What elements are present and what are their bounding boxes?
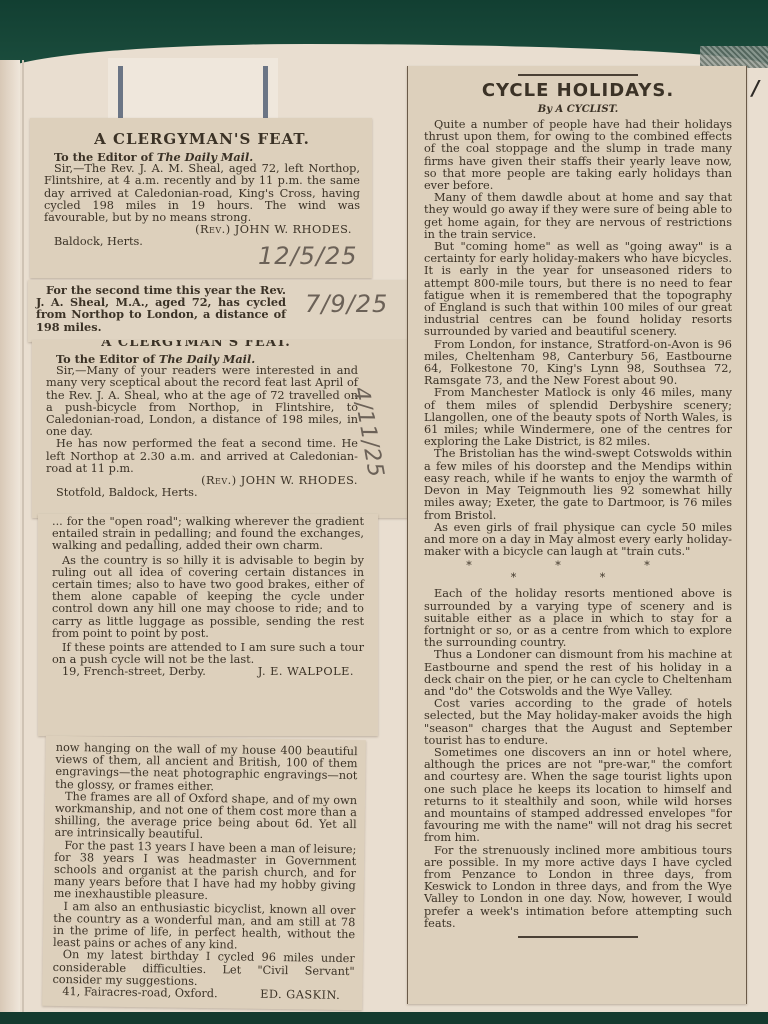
letter-paragraph: He has now performed the feat a second t… (46, 438, 358, 475)
section-separator: * * * * * (424, 560, 732, 584)
article-paragraph: The Bristolian has the wind-swept Cotswo… (424, 448, 732, 521)
article-paragraph: Cost varies according to the grade of ho… (424, 698, 732, 747)
article-paragraph: Many of them dawdle about at home and sa… (424, 192, 732, 241)
signature: (Rev.) JOHN W. RHODES. (201, 475, 358, 487)
article-paragraph: But "coming home" as well as "going away… (424, 241, 732, 339)
clipping-heading: A CLERGYMAN'S FEAT. (44, 130, 360, 148)
address: 41, Fairacres-road, Oxford. (62, 986, 217, 1000)
signature: ED. GASKIN. (260, 989, 340, 1002)
gutter-line (22, 60, 24, 1015)
clipping-heading: A CLERGYMAN'S FEAT. (46, 340, 346, 350)
letter-paragraph: ... for the "open road"; walking whereve… (52, 516, 364, 553)
article-paragraph: Sometimes one discovers an inn or hotel … (424, 747, 732, 845)
letter-paragraph: Sir,—Many of your readers were intereste… (46, 365, 358, 438)
article-paragraph: As even girls of frail physique can cycl… (424, 522, 732, 559)
address: 19, French-street, Derby. (62, 666, 206, 678)
letter-paragraph: On my latest birthday I cycled 96 miles … (52, 949, 354, 990)
article-paragraph: Thus a Londoner can dismount from his ma… (424, 649, 732, 698)
end-rule (518, 936, 638, 938)
article-paragraph: Quite a number of people have had their … (424, 119, 732, 192)
signature: (Rev.) JOHN W. RHODES. (195, 224, 352, 236)
letter-paragraph: As the country is so hilly it is advisab… (52, 555, 364, 640)
article-byline: By A CYCLIST. (424, 104, 732, 115)
page-marker: / (752, 76, 760, 100)
article-paragraph: For the strenuously inclined more ambiti… (424, 845, 732, 930)
letter-paragraph: For the past 13 years I have been a man … (54, 840, 357, 905)
top-rule (518, 74, 638, 76)
clipping-body: For the second time this year the Rev. J… (36, 284, 286, 333)
article-paragraph: Each of the holiday resorts mentioned ab… (424, 588, 732, 649)
clipping-walpole-letter: ... for the "open road"; walking whereve… (38, 514, 378, 736)
article-paragraph: From London, for instance, Stratford-on-… (424, 339, 732, 388)
signature: J. E. WALPOLE. (258, 666, 354, 678)
handwritten-date-1: 12/5/25 (258, 242, 358, 270)
article-paragraph: From Manchester Matlock is only 46 miles… (424, 387, 732, 448)
page-spine (0, 60, 20, 1020)
handwritten-date-2: 7/9/25 (305, 290, 388, 318)
letter-paragraph: I am also an enthusiastic bicyclist, kno… (53, 901, 356, 954)
letter-body: Sir,—The Rev. J. A. M. Sheal, aged 72, l… (44, 163, 360, 224)
address: Stotfold, Baldock, Herts. (46, 487, 358, 499)
letter-paragraph: now hanging on the wall of my house 400 … (55, 742, 358, 795)
album-cover-bottom (0, 1012, 768, 1024)
clipping-cycle-holidays: CYCLE HOLIDAYS. By A CYCLIST. Quite a nu… (407, 66, 747, 1004)
clipping-gaskin-letter: now hanging on the wall of my house 400 … (42, 736, 366, 1010)
clipping-clergymans-feat-2: A CLERGYMAN'S FEAT. To the Editor of The… (32, 340, 408, 518)
article-title: CYCLE HOLIDAYS. (424, 80, 732, 101)
letter-paragraph: If these points are attended to I am sur… (52, 642, 364, 666)
cloth-binding (700, 46, 768, 68)
letter-paragraph: The frames are all of Oxford shape, and … (54, 791, 357, 844)
